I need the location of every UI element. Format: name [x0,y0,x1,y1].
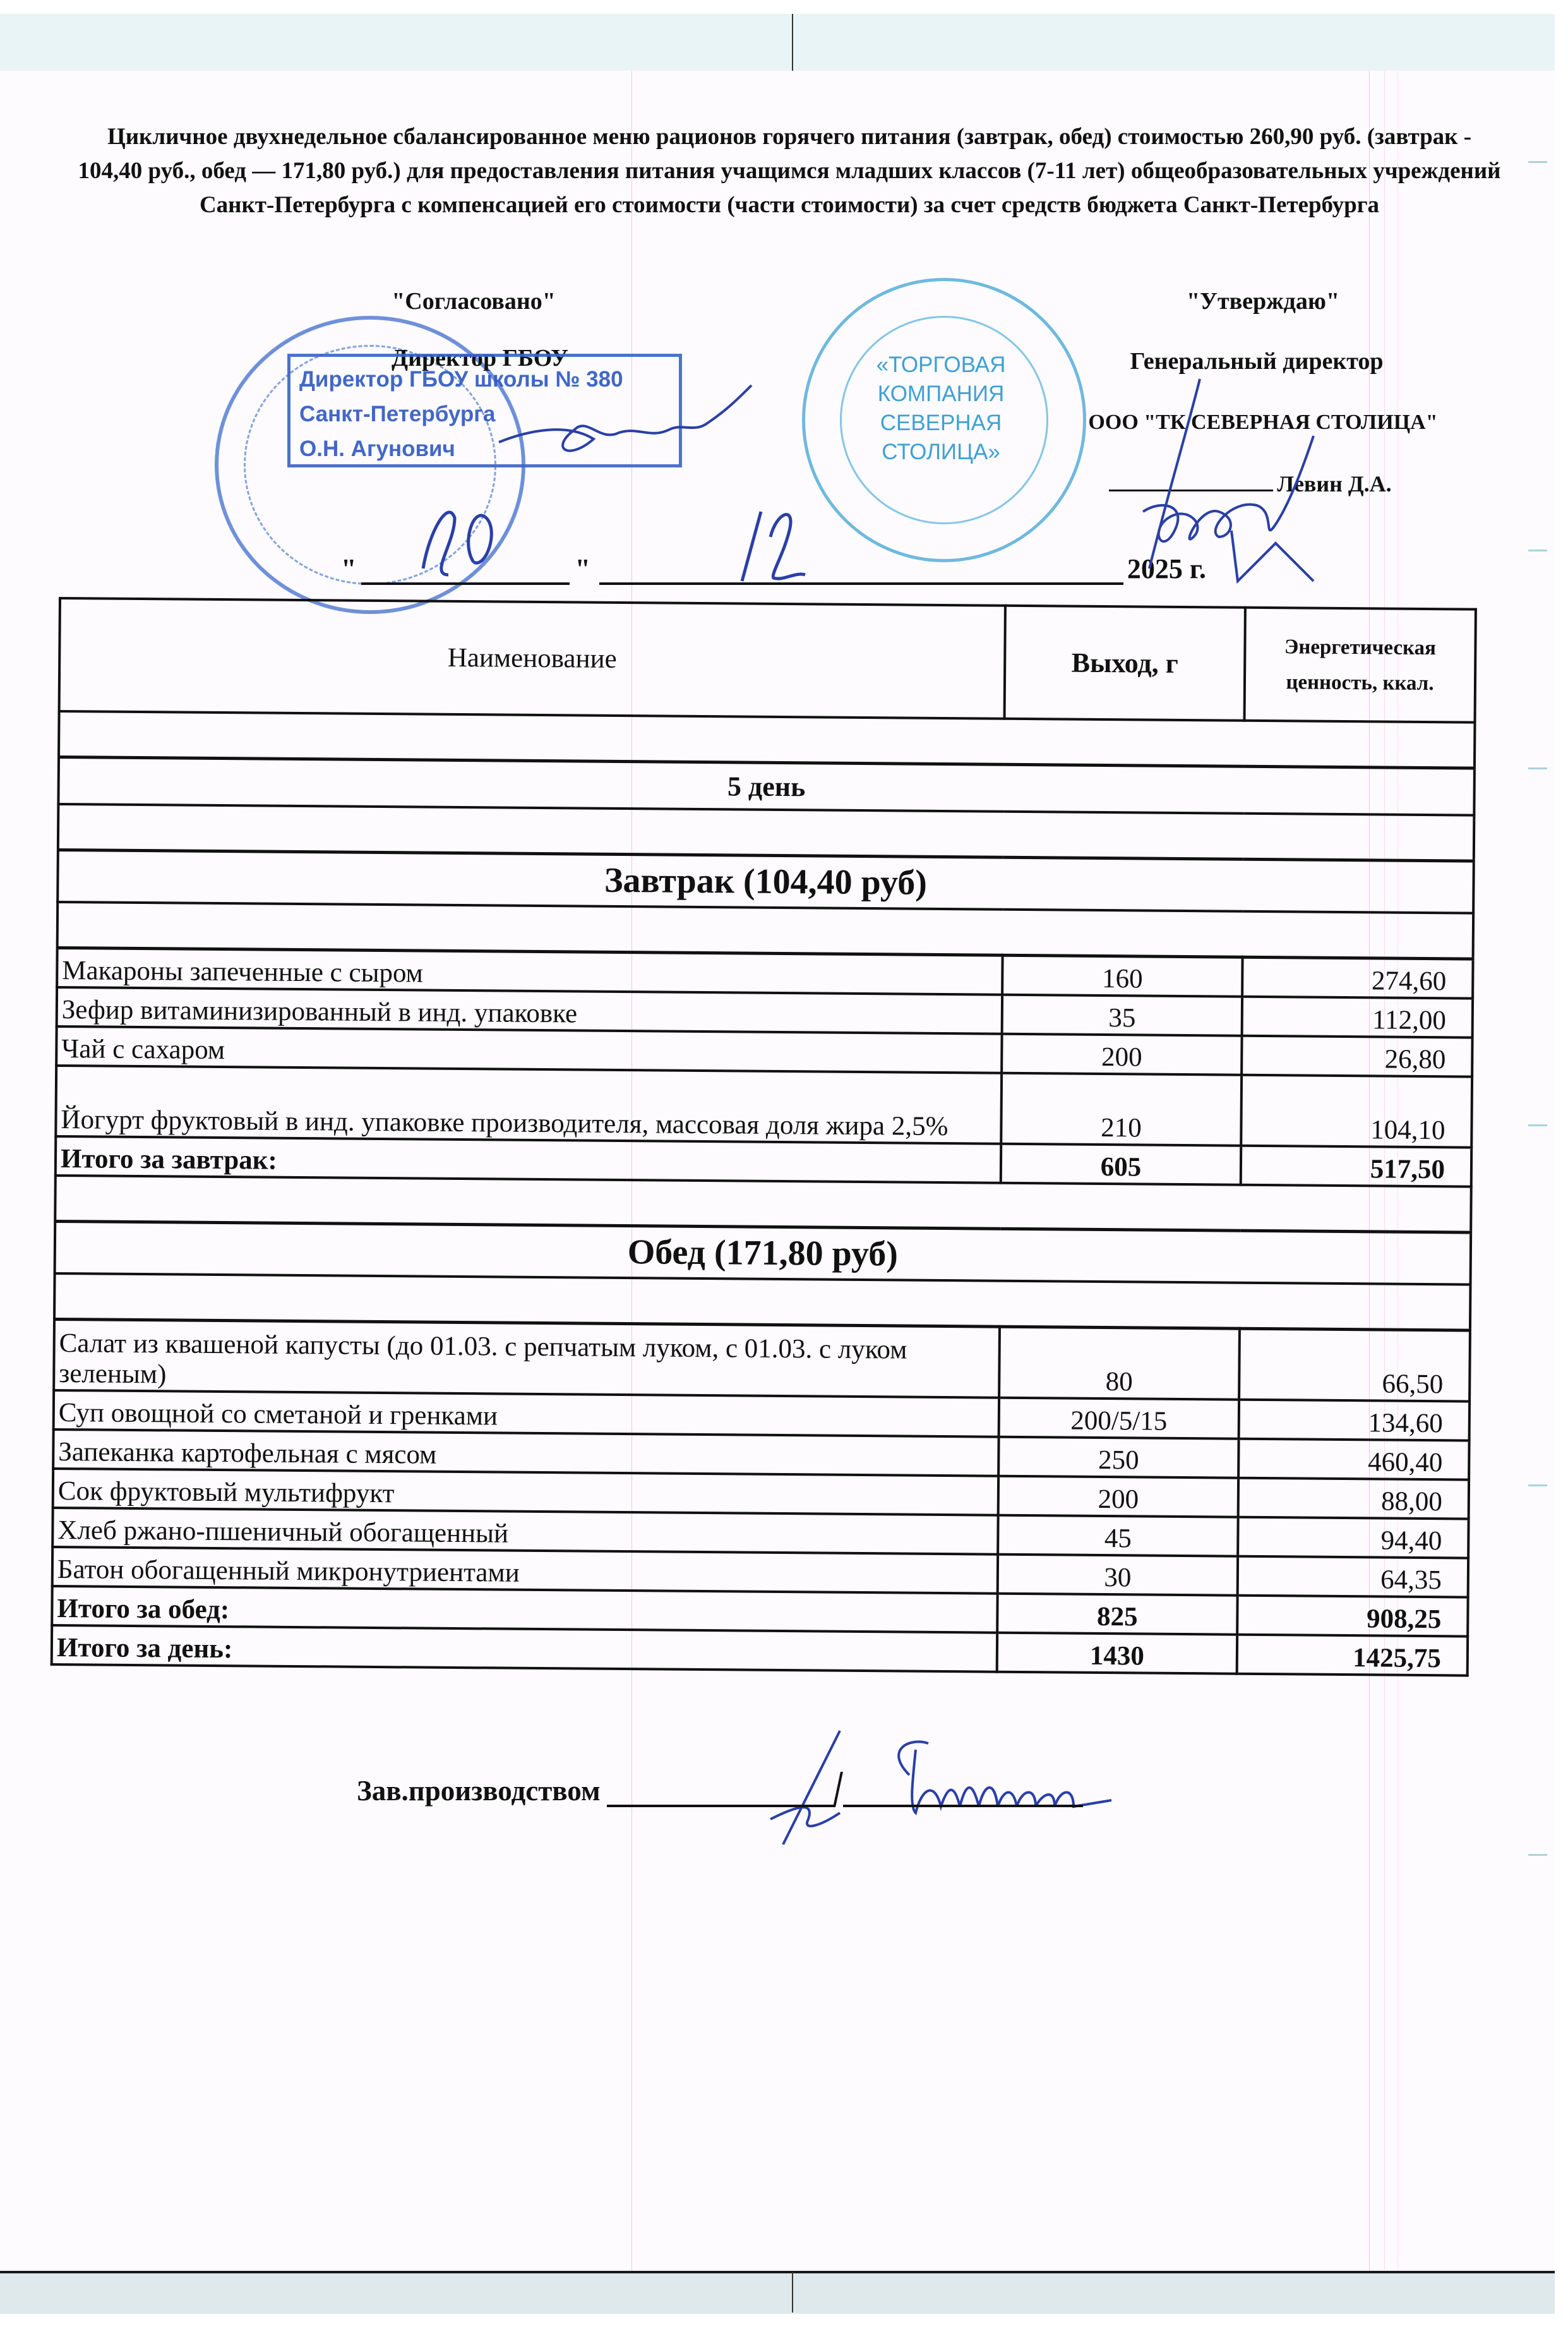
approval-agreed-heading: "Согласовано" [354,287,594,315]
dish-name: Батон обогащенный микронутриентами [52,1547,998,1594]
table-row: Салат из квашеной капусты (до 01.03. с р… [54,1319,1470,1401]
scan-edge-bottom [0,2271,1568,2334]
dish-output: 200 [1002,1034,1242,1075]
quote-close: " [575,553,590,584]
scan-edge-right [1555,0,1568,2334]
stamp-line: Директор ГБОУ школы № 380 [299,362,670,397]
dish-name: Макароны запеченные с сыром [57,947,1002,994]
column-header-name: Наименование [59,598,1005,719]
dish-energy: 94,40 [1238,1517,1468,1558]
handwritten-day [410,493,505,587]
scan-tick [1528,767,1547,769]
total-energy: 517,50 [1241,1146,1471,1187]
production-head-label: Зав.производством [357,1775,601,1807]
dish-energy: 88,00 [1238,1478,1469,1519]
dish-energy: 112,00 [1242,997,1473,1038]
dish-output: 35 [1002,995,1242,1036]
scan-tick [1528,1484,1547,1486]
dish-energy: 134,60 [1239,1400,1469,1441]
total-output: 605 [1001,1144,1241,1185]
dish-name: Чай с сахаром [56,1026,1002,1073]
dish-output: 200 [998,1476,1238,1517]
dish-energy: 460,40 [1238,1439,1469,1480]
total-label: Итого за обед: [52,1586,997,1633]
lunch-items: Салат из квашеной капусты (до 01.03. с р… [52,1319,1470,1597]
dish-energy: 26,80 [1242,1036,1472,1077]
separator-slash [833,1772,843,1807]
dish-energy: 104,10 [1241,1075,1472,1148]
table-row: Йогурт фруктовый в инд. упаковке произво… [56,1066,1472,1148]
dish-output: 200/5/15 [999,1398,1239,1439]
dish-name: Хлеб ржано-пшеничный обогащенный [52,1508,998,1555]
quote-open: " [341,553,356,584]
dish-energy: 64,35 [1238,1556,1468,1597]
column-header-output: Выход, г [1005,606,1245,721]
dish-name: Зефир витаминизированный в инд. упаковке [57,987,1002,1034]
scan-fold-line-bottom [792,2272,793,2313]
day-total-energy: 1425,75 [1237,1635,1468,1676]
approval-approve-heading: "Утверждаю" [1149,287,1377,315]
company-stamp-text: «ТОРГОВАЯ КОМПАНИЯ СЕВЕРНАЯ СТОЛИЦА» [856,351,1026,467]
dish-output: 80 [999,1326,1240,1399]
total-label: Итого за завтрак: [56,1136,1001,1183]
document-title: Цикличное двухнедельное сбалансированное… [73,120,1506,222]
day-total-label: Итого за день: [52,1625,997,1672]
scan-fold-line-top [792,14,793,71]
scan-tick [1528,1124,1547,1126]
dish-energy: 274,60 [1242,957,1473,998]
energy-header-line2: ценность, ккал. [1250,664,1470,701]
stamp-line: СЕВЕРНАЯ [856,409,1026,438]
day-total-output: 1430 [997,1633,1237,1674]
director-signature [493,404,758,467]
energy-header-line1: Энергетическая [1250,629,1470,666]
scan-tick [1528,550,1547,551]
dish-output: 160 [1002,955,1242,996]
dish-output: 210 [1001,1073,1242,1146]
approval-approve-position: Генеральный директор [1086,347,1427,375]
dish-output: 45 [998,1515,1238,1556]
dish-name: Запеканка картофельная с мясом [53,1429,998,1476]
total-energy: 908,25 [1237,1596,1468,1637]
breakfast-items: Макароны запеченные с сыром160274,60Зефи… [56,947,1473,1147]
dish-name: Суп овощной со сметаной и гренками [54,1390,999,1437]
dish-output: 30 [998,1555,1238,1596]
production-head-signature-line: Зав.производством [357,1772,1083,1807]
stamp-line: КОМПАНИЯ [856,380,1026,409]
dish-output: 250 [998,1437,1238,1478]
total-output: 825 [997,1594,1237,1635]
column-header-energy: Энергетическая ценность, ккал. [1245,608,1476,723]
stamp-line: СТОЛИЦА» [856,438,1026,467]
scan-edge-top [0,0,1568,71]
dish-name: Сок фруктовый мультифрукт [53,1469,998,1515]
stamp-line: «ТОРГОВАЯ [856,351,1026,380]
name-blank [843,1805,1083,1807]
signature-blank [607,1805,834,1807]
handwritten-month [726,499,815,587]
dish-name: Салат из квашеной капусты (до 01.03. с р… [54,1319,1000,1397]
menu-table: Наименование Выход, г Энергетическая цен… [51,597,1477,1677]
scan-tick [1528,161,1547,163]
dish-energy: 66,50 [1239,1328,1470,1401]
general-director-signature [1111,379,1326,587]
scan-tick [1528,1854,1547,1856]
month-blank [599,582,1123,585]
table-header-row: Наименование Выход, г Энергетическая цен… [59,598,1476,723]
dish-name: Йогурт фруктовый в инд. упаковке произво… [56,1066,1002,1144]
